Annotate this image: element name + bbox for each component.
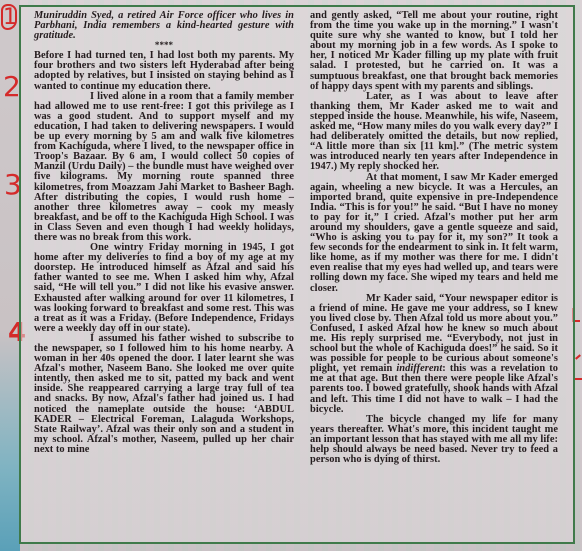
article-intro: Muniruddin Syed, a retired Air Force off… <box>34 11 294 41</box>
article-column-left: Muniruddin Syed, a retired Air Force off… <box>34 11 294 455</box>
paragraph: Later, as I was about to leave after tha… <box>310 92 558 173</box>
paragraph: At that moment, I saw Mr Kader emerged a… <box>310 173 558 294</box>
paragraph: I lived alone in a room that a family me… <box>34 92 294 243</box>
article-box: Muniruddin Syed, a retired Air Force off… <box>19 5 575 544</box>
paragraph: The bicycle changed my life for many yea… <box>310 415 558 465</box>
paragraph: Before I had turned ten, I had lost both… <box>34 51 294 91</box>
paragraph: One wintry Friday morning in 1945, I got… <box>34 243 294 334</box>
paragraph: Mr Kader said, “Your newspaper editor is… <box>310 294 558 415</box>
section-separator: **** <box>34 41 294 50</box>
annotation-mark-right-3 <box>575 378 582 380</box>
paragraph-text: Mr Kader said, “Your newspaper editor is… <box>310 293 558 375</box>
paragraph: I assumed his father wished to subscribe… <box>34 334 294 455</box>
paragraph: and gently asked, “Tell me about your ro… <box>310 11 558 92</box>
annotation-number-1: 1 <box>1 4 17 30</box>
article-column-right: and gently asked, “Tell me about your ro… <box>310 11 558 465</box>
